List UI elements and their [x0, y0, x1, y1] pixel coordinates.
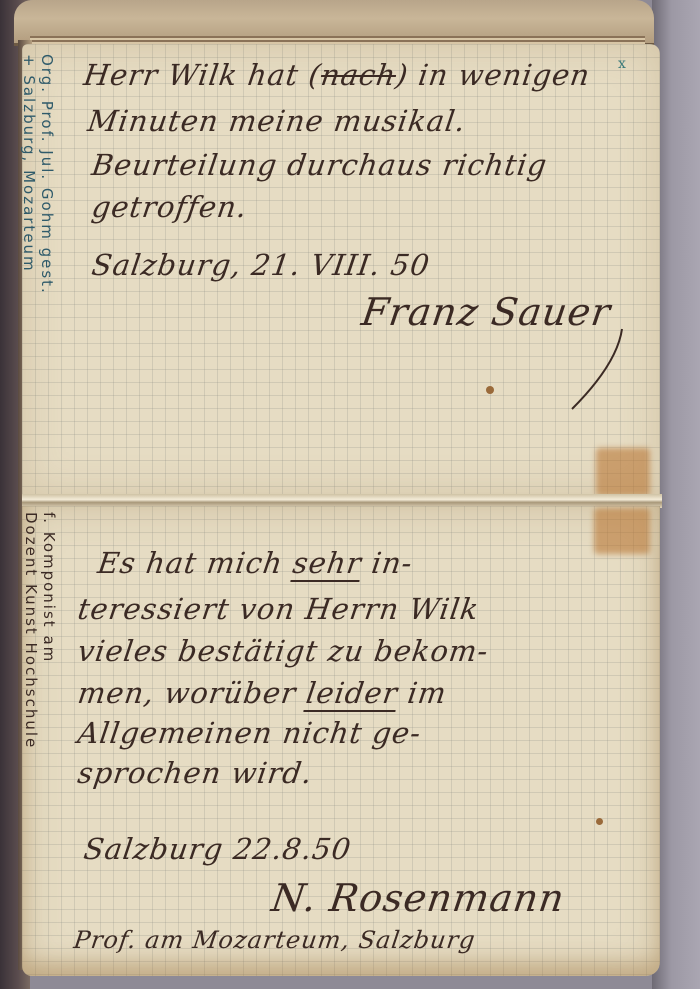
corner-mark: x — [618, 56, 626, 72]
underlined-word: sehr — [290, 546, 364, 582]
ink-spot — [596, 818, 603, 825]
entry-line: sprochen wird. — [76, 756, 315, 790]
entry-text-a: Es hat mich — [96, 546, 296, 580]
entry-line: men, worüber leider im — [76, 676, 449, 710]
entry-line: Allgemeinen nicht ge- — [76, 716, 424, 750]
entry-line: teressiert von Herrn Wilk — [76, 592, 482, 626]
underlined-word: leider — [304, 676, 400, 712]
entry-text-a: Herr Wilk hat ( — [82, 58, 324, 92]
entry-line: Herr Wilk hat (nach) in wenigen — [82, 58, 593, 92]
stain — [596, 448, 650, 496]
ink-spot — [486, 386, 494, 394]
entry-line: vieles bestätigt zu bekom- — [76, 634, 491, 668]
entry-line: Es hat mich sehr in- — [96, 546, 415, 580]
stain — [594, 508, 650, 554]
signature: N. Rosenmann — [269, 876, 568, 920]
entry-line: getroffen. — [90, 190, 250, 224]
signature-title: Prof. am Mozarteum, Salzburg — [72, 926, 477, 954]
place-date: Salzburg, 21. VIII. 50 — [90, 248, 433, 282]
entry-text-b: ) in wenigen — [394, 58, 593, 92]
struck-word: nach — [319, 58, 399, 92]
top-page: x Herr Wilk hat (nach) in wenigen Minute… — [22, 44, 660, 496]
margin-note-line2: + Salzburg, Mozarteum — [20, 54, 38, 273]
bottom-page: Es hat mich sehr in- teressiert von Herr… — [22, 506, 660, 976]
entry-text-a: men, worüber — [76, 676, 309, 710]
place-date: Salzburg 22.8.50 — [82, 832, 354, 866]
margin-note-line1: f. Komponist am — [40, 512, 58, 663]
entry-line: Minuten meine musikal. — [86, 104, 468, 138]
margin-note-line2: Dozent Kunst Hochschule — [22, 512, 40, 749]
entry-text-b: im — [395, 676, 449, 710]
notebook: x Herr Wilk hat (nach) in wenigen Minute… — [22, 44, 662, 979]
signature-flourish — [562, 324, 632, 414]
margin-note-line1: Org. Prof. Jul. Gohm gest. — [38, 54, 56, 295]
entry-line: Beurteilung durchaus richtig — [90, 148, 550, 182]
entry-text-b: in- — [359, 546, 415, 580]
